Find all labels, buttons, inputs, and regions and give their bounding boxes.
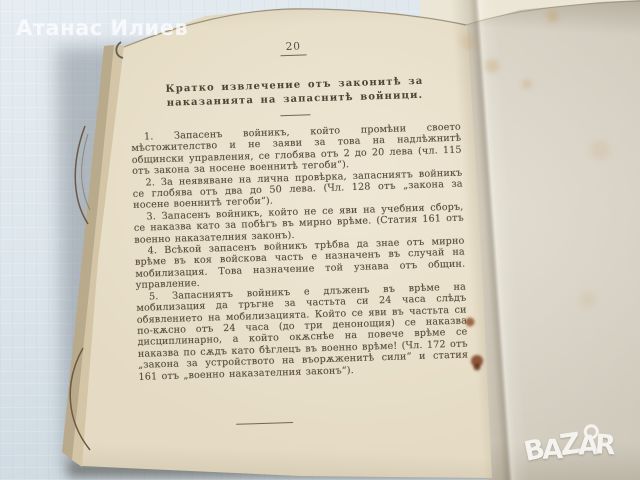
logo-letter: R (594, 429, 617, 461)
printed-page-content: 20 Кратко извлечение отъ законитѣ за нак… (128, 30, 470, 429)
photo-scene: 20 Кратко извлечение отъ законитѣ за нак… (0, 0, 640, 480)
page-number: 20 (285, 41, 301, 53)
section-heading: Кратко извлечение отъ законитѣ за наказа… (157, 74, 432, 110)
bazar-logo: BAZAR (523, 425, 615, 467)
body-text: 1. Запасенъ войникъ, който промѣни своет… (131, 122, 469, 383)
heading-rule (280, 114, 310, 116)
seller-watermark: Атанас Илиев (16, 16, 188, 40)
paragraph: 5. Запасниятъ войникъ е длъженъ въ врѣме… (136, 281, 469, 383)
page-number-rule (281, 54, 307, 56)
